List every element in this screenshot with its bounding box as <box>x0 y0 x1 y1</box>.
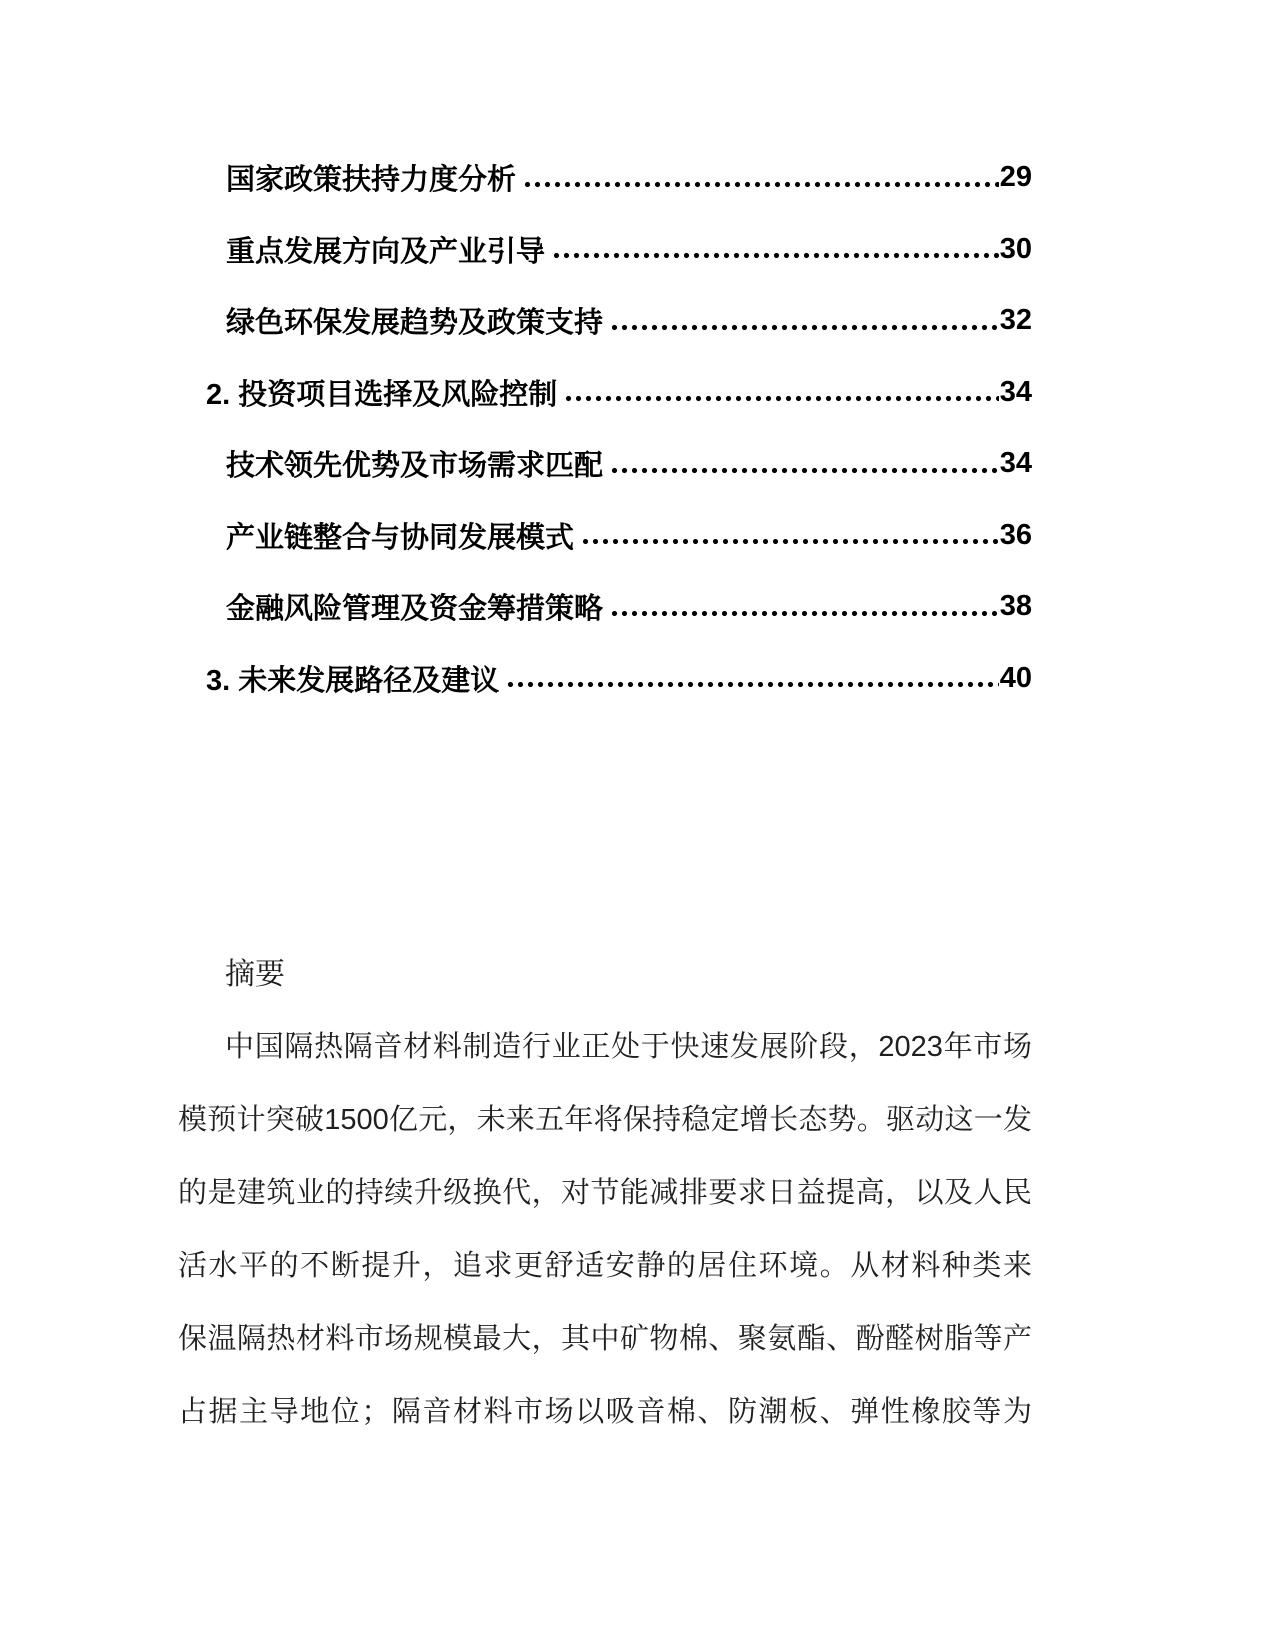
dot-leader <box>524 181 999 188</box>
toc-page-number: 32 <box>1000 304 1032 337</box>
table-of-contents: 国家政策扶持力度分析 29 重点发展方向及产业引导 30 绿色环保发展趋势及政策… <box>178 142 1032 714</box>
dot-leader <box>565 395 998 402</box>
toc-entry[interactable]: 绿色环保发展趋势及政策支持 32 <box>178 285 1032 357</box>
toc-entry-label: 国家政策扶持力度分析 <box>226 157 516 198</box>
toc-page-number: 38 <box>1000 590 1032 623</box>
dot-leader <box>507 681 998 688</box>
paragraph-line: 保温隔热材料市场规模最大，其中矿物棉、聚氨酯、酚醛树脂等产品 <box>178 1303 1032 1376</box>
toc-entry-label: 金融风险管理及资金筹措策略 <box>226 586 603 627</box>
toc-entry-label: 技术领先优势及市场需求匹配 <box>226 443 603 484</box>
toc-entry[interactable]: 2. 投资项目选择及风险控制 34 <box>178 357 1032 429</box>
toc-entry[interactable]: 国家政策扶持力度分析 29 <box>178 142 1032 214</box>
toc-entry[interactable]: 产业链整合与协同发展模式 36 <box>178 500 1032 572</box>
toc-entry[interactable]: 3. 未来发展路径及建议 40 <box>178 643 1032 715</box>
section-gap <box>178 714 1032 938</box>
dot-leader <box>582 538 999 545</box>
paragraph-line: 活水平的不断提升，追求更舒适安静的居住环境。从材料种类来看， <box>178 1230 1032 1303</box>
toc-entry[interactable]: 重点发展方向及产业引导 30 <box>178 214 1032 286</box>
paragraph-line: 模预计突破1500亿元，未来五年将保持稳定增长态势。驱动这一发展 <box>178 1084 1032 1157</box>
abstract-heading: 摘要 <box>225 958 285 991</box>
toc-entry-label: 3. 未来发展路径及建议 <box>206 658 499 699</box>
document-page: 国家政策扶持力度分析 29 重点发展方向及产业引导 30 绿色环保发展趋势及政策… <box>0 0 1275 1650</box>
paragraph-line: 的是建筑业的持续升级换代，对节能减排要求日益提高，以及人民生 <box>178 1157 1032 1230</box>
toc-page-number: 34 <box>1000 447 1032 480</box>
abstract-section: 摘要 中国隔热隔音材料制造行业正处于快速发展阶段，2023年市场规 模预计突破1… <box>178 938 1032 1449</box>
toc-page-number: 34 <box>1000 376 1032 409</box>
toc-page-number: 30 <box>1000 233 1032 266</box>
toc-entry[interactable]: 金融风险管理及资金筹措策略 38 <box>178 571 1032 643</box>
toc-page-number: 29 <box>1000 161 1032 194</box>
toc-entry-label: 2. 投资项目选择及风险控制 <box>206 372 557 413</box>
paragraph-line: 中国隔热隔音材料制造行业正处于快速发展阶段，2023年市场规 <box>178 1011 1032 1084</box>
dot-leader <box>553 252 999 259</box>
toc-entry-label: 产业链整合与协同发展模式 <box>226 515 574 556</box>
dot-leader <box>611 467 999 474</box>
toc-page-number: 36 <box>1000 519 1032 552</box>
paragraph-line: 占据主导地位；隔音材料市场以吸音棉、防潮板、弹性橡胶等为主， <box>178 1376 1032 1449</box>
dot-leader <box>611 324 999 331</box>
toc-page-number: 40 <box>1000 662 1032 695</box>
toc-entry[interactable]: 技术领先优势及市场需求匹配 34 <box>178 428 1032 500</box>
toc-entry-label: 重点发展方向及产业引导 <box>226 229 545 270</box>
dot-leader <box>611 610 999 617</box>
toc-entry-label: 绿色环保发展趋势及政策支持 <box>226 300 603 341</box>
